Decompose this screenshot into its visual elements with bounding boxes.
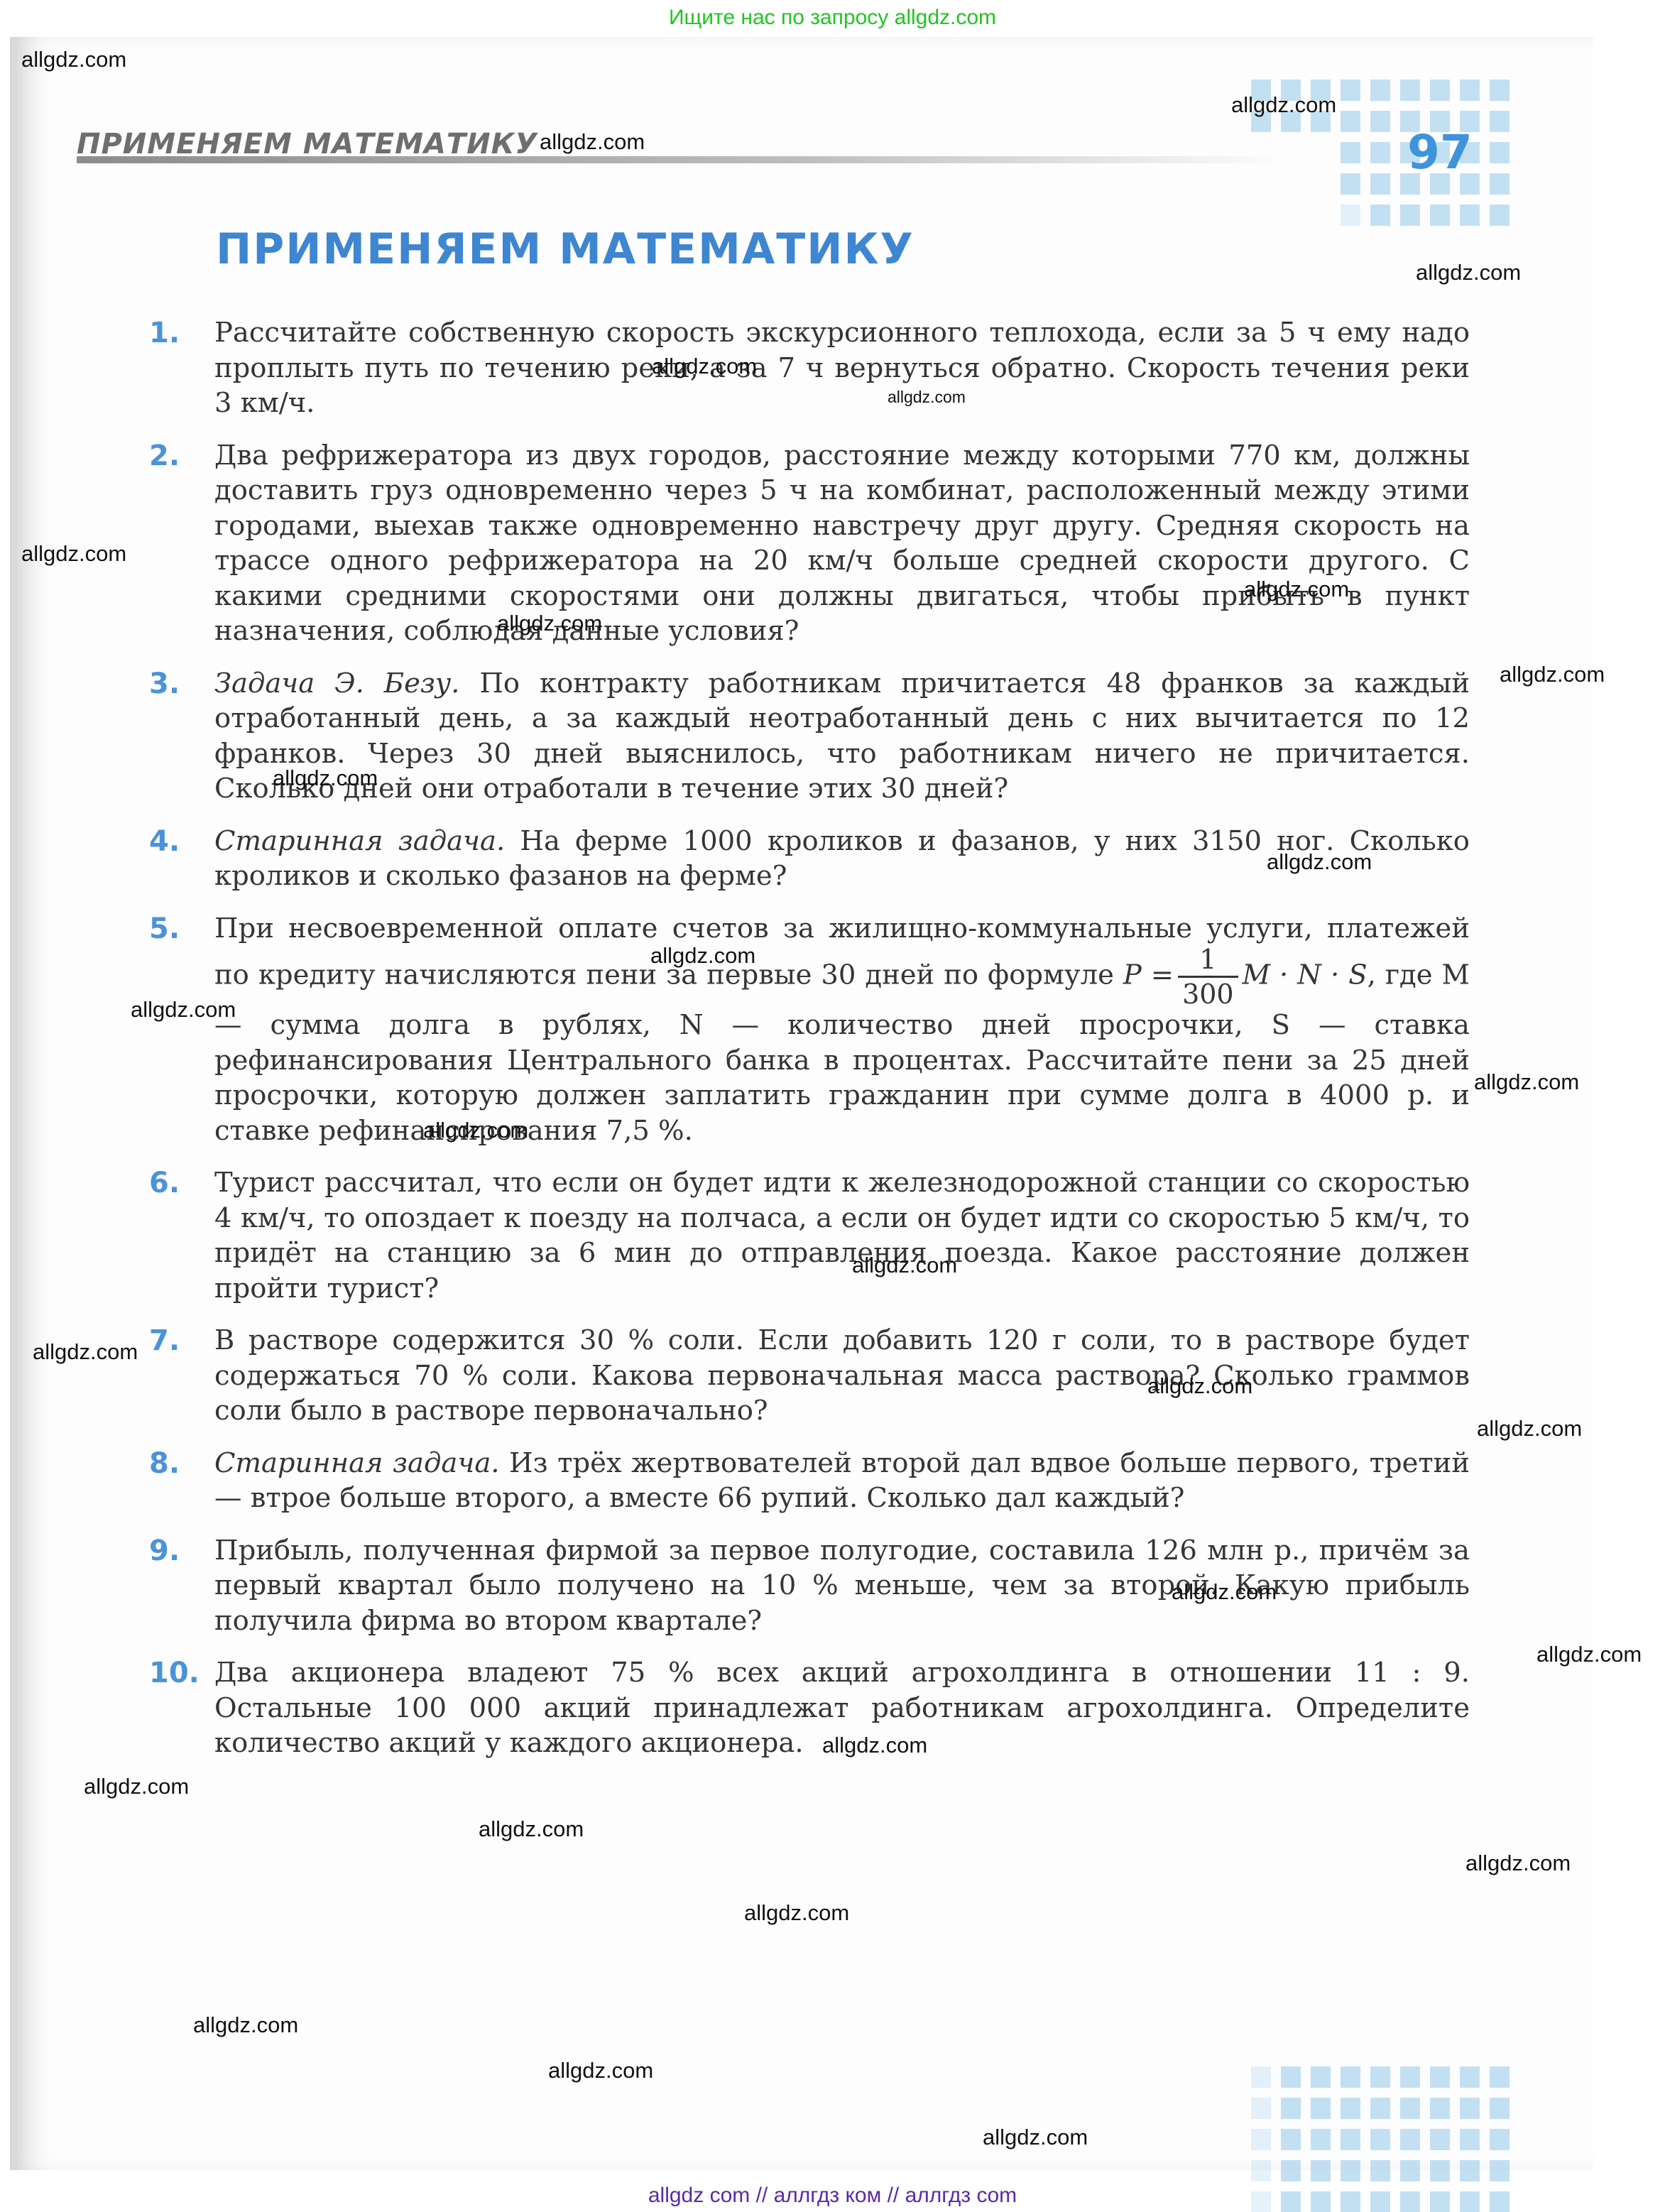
- problem-number: 8.: [149, 1447, 180, 1480]
- fraction: 1300: [1178, 946, 1238, 1008]
- problem-text: При несвоевременной оплате счетов за жил…: [214, 911, 1470, 1149]
- watermark: allgdz.com: [84, 1774, 189, 1799]
- watermark: allgdz.com: [548, 2058, 653, 2083]
- watermark: allgdz.com: [1172, 1579, 1277, 1605]
- watermark: allgdz.com: [650, 943, 755, 969]
- problem-text: Прибыль, полученная фирмой за первое пол…: [214, 1533, 1470, 1639]
- top-banner[interactable]: Ищите нас по запросу allgdz.com: [0, 0, 1665, 36]
- problem-number: 1.: [149, 317, 180, 349]
- problem-5: 5. При несвоевременной оплате счетов за …: [149, 911, 1470, 1149]
- problem-number: 9.: [149, 1535, 180, 1567]
- watermark: allgdz.com: [1477, 1416, 1582, 1442]
- problem-number: 6.: [149, 1167, 180, 1199]
- watermark: allgdz.com: [888, 388, 966, 407]
- watermark: allgdz.com: [1474, 1069, 1579, 1095]
- problem-label: Старинная задача.: [214, 1447, 500, 1479]
- problem-number: 7.: [149, 1324, 180, 1357]
- problem-text: Турист рассчитал, что если он будет идти…: [214, 1165, 1470, 1306]
- watermark: allgdz.com: [1147, 1373, 1252, 1399]
- formula-rhs: M · N · S: [1243, 959, 1368, 991]
- watermark: allgdz.com: [423, 1118, 528, 1143]
- watermark: allgdz.com: [479, 1816, 584, 1842]
- problem-text: Старинная задача. Из трёх жертвователей …: [214, 1446, 1470, 1516]
- watermark: allgdz.com: [744, 1900, 849, 1926]
- watermark: allgdz.com: [1536, 1642, 1642, 1667]
- watermark: allgdz.com: [1416, 260, 1521, 285]
- watermark: allgdz.com: [21, 47, 126, 72]
- problem-8: 8. Старинная задача. Из трёх жертвовател…: [149, 1446, 1470, 1516]
- problem-label: Задача Э. Безу.: [214, 668, 459, 699]
- page-number: 97: [1407, 125, 1473, 180]
- watermark: allgdz.com: [497, 611, 602, 636]
- textbook-page: ПРИМЕНЯЕМ МАТЕМАТИКУ 97 ПРИМЕНЯЕМ МАТЕМА…: [10, 37, 1593, 2170]
- problem-label: Старинная задача.: [214, 825, 505, 857]
- running-head-rule: [77, 156, 1284, 163]
- watermark: allgdz.com: [822, 1733, 927, 1758]
- watermark: allgdz.com: [652, 354, 757, 379]
- formula-lhs: P =: [1123, 959, 1174, 991]
- watermark: allgdz.com: [540, 129, 645, 155]
- watermark: allgdz.com: [1231, 92, 1336, 118]
- watermark: allgdz.com: [852, 1253, 957, 1278]
- watermark: allgdz.com: [983, 2125, 1088, 2150]
- problem-number: 5.: [149, 912, 180, 945]
- watermark: allgdz.com: [1244, 577, 1349, 602]
- watermark: allgdz.com: [1267, 849, 1372, 875]
- problem-number: 10.: [149, 1657, 200, 1689]
- problem-text: Рассчитайте собственную скорость экскурс…: [214, 315, 1470, 421]
- problem-1: 1. Рассчитайте собственную скорость экск…: [149, 315, 1470, 421]
- problem-2: 2. Два рефрижератора из двух городов, ра…: [149, 438, 1470, 649]
- problem-7: 7. В растворе содержится 30 % соли. Если…: [149, 1323, 1470, 1429]
- problem-10: 10. Два акционера владеют 75 % всех акци…: [149, 1655, 1470, 1761]
- problem-number: 3.: [149, 668, 180, 700]
- problem-list: 1. Рассчитайте собственную скорость экск…: [149, 315, 1470, 1778]
- watermark: allgdz.com: [21, 541, 126, 567]
- footer-links[interactable]: allgdz com // аллгдз ком // аллгдз com: [0, 2179, 1665, 2212]
- watermark: allgdz.com: [1465, 1851, 1571, 1876]
- watermark: allgdz.com: [193, 2012, 298, 2038]
- problem-6: 6. Турист рассчитал, что если он будет и…: [149, 1165, 1470, 1306]
- problem-number: 4.: [149, 825, 180, 858]
- watermark: allgdz.com: [273, 766, 378, 791]
- section-title: ПРИМЕНЯЕМ МАТЕМАТИКУ: [216, 224, 915, 274]
- problem-number: 2.: [149, 440, 180, 472]
- problem-text: В растворе содержится 30 % соли. Если до…: [214, 1323, 1470, 1429]
- fraction-numerator: 1: [1178, 946, 1238, 976]
- watermark: allgdz.com: [1500, 662, 1605, 687]
- problem-text: Два рефрижератора из двух городов, расст…: [214, 438, 1470, 649]
- fraction-denominator: 300: [1178, 976, 1238, 1008]
- problem-text: Задача Э. Безу. По контракту работникам …: [214, 666, 1470, 807]
- watermark: allgdz.com: [33, 1339, 138, 1365]
- watermark: allgdz.com: [131, 997, 236, 1023]
